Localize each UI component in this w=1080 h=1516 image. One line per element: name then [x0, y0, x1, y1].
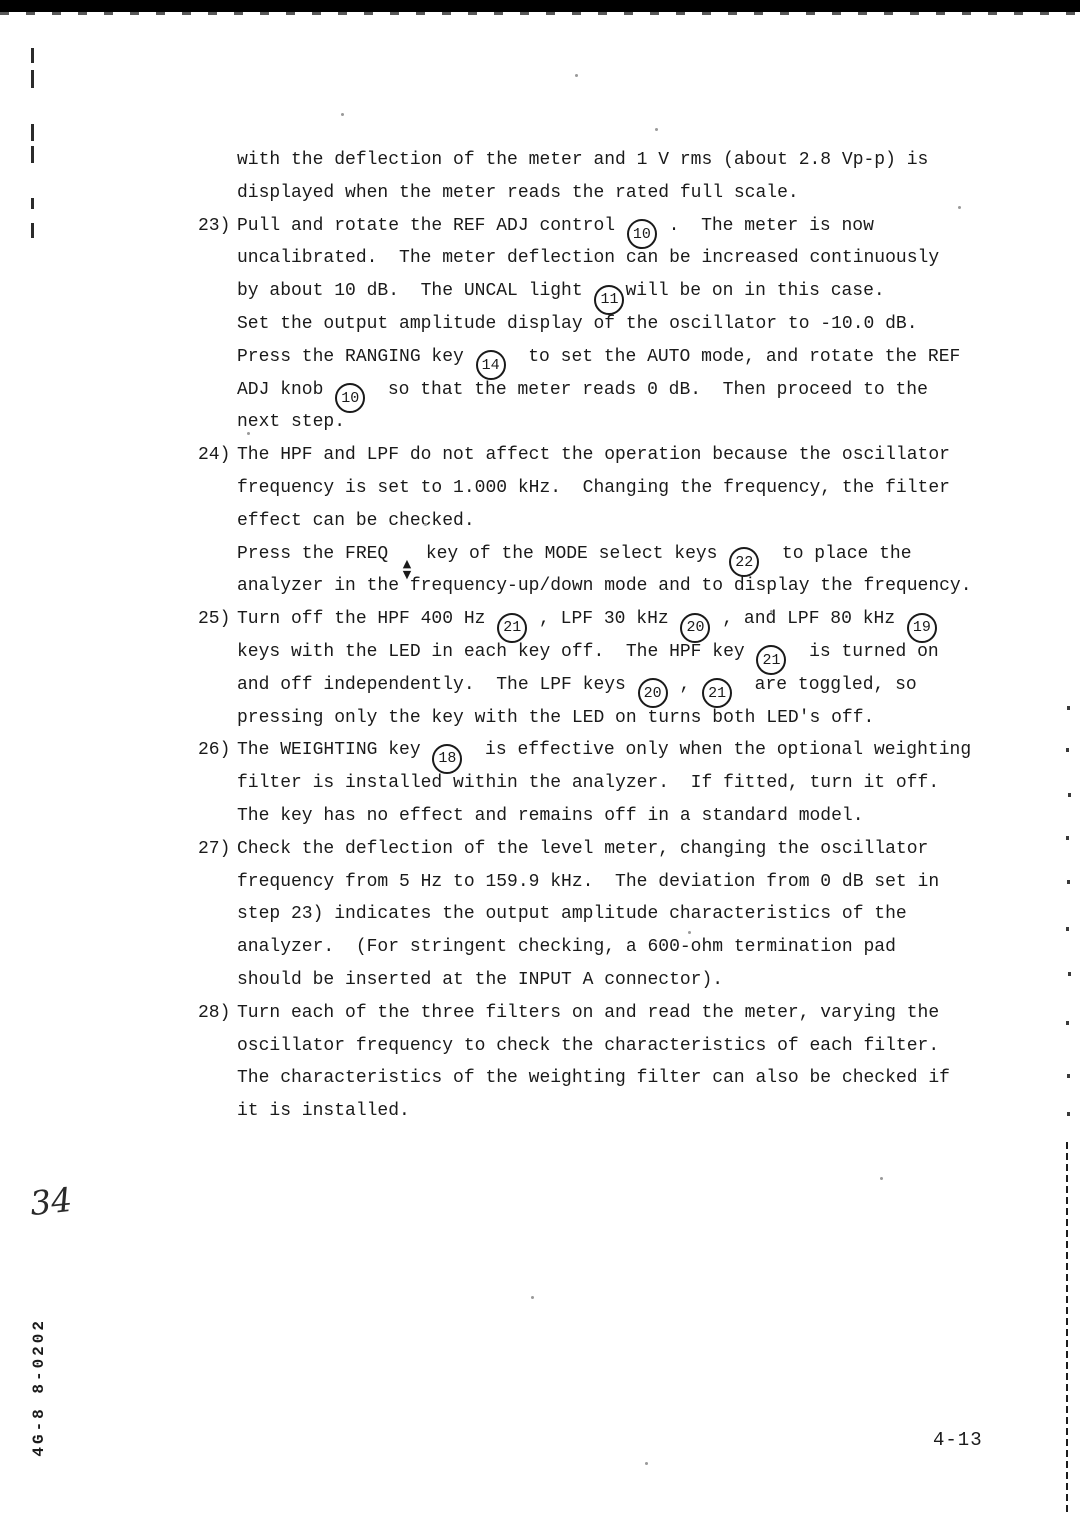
- text-line: analyzer in the frequency-up/down mode a…: [198, 570, 1008, 603]
- step-number: 23): [198, 210, 230, 243]
- text-line: it is installed.: [198, 1095, 1008, 1128]
- scan-top-bar-fray: [0, 12, 1080, 15]
- scan-speck: [424, 523, 427, 526]
- right-edge-mark: [1067, 1074, 1070, 1078]
- left-edge-mark: [31, 198, 34, 209]
- scan-speck: [688, 931, 691, 934]
- right-edge-mark: [1068, 793, 1071, 797]
- scan-speck: [645, 1462, 648, 1465]
- spine-code: 4G-8 8-0202: [30, 1318, 48, 1457]
- text-line: pressing only the key with the LED on tu…: [198, 702, 1008, 735]
- right-edge-mark: [1066, 927, 1069, 931]
- left-edge-mark: [31, 70, 34, 88]
- right-edge-mark: [1066, 748, 1069, 752]
- text-line: 28)Turn each of the three filters on and…: [198, 997, 1008, 1030]
- right-edge-mark: [1066, 1021, 1069, 1025]
- text-line: displayed when the meter reads the rated…: [198, 177, 1008, 210]
- right-edge-mark: [1068, 972, 1071, 976]
- text-line: 23)Pull and rotate the REF ADJ control 1…: [198, 210, 1008, 243]
- scan-speck: [247, 432, 250, 435]
- step-number: 24): [198, 439, 230, 472]
- text-line: step 23) indicates the output amplitude …: [198, 898, 1008, 931]
- scanned-document-page: { "page": { "handwritten_number": "34", …: [0, 0, 1080, 1516]
- text-line: The characteristics of the weighting fil…: [198, 1062, 1008, 1095]
- step-number: 28): [198, 997, 230, 1030]
- scan-top-bar: [0, 0, 1080, 12]
- handwritten-sheet-number: 34: [28, 1180, 74, 1223]
- text-line: ADJ knob 10 so that the meter reads 0 dB…: [198, 374, 1008, 407]
- step-number: 26): [198, 734, 230, 767]
- text-line: 27)Check the deflection of the level met…: [198, 833, 1008, 866]
- text-line: next step.: [198, 406, 1008, 439]
- right-edge-bleed-line: [1066, 1142, 1068, 1516]
- text-line: frequency is set to 1.000 kHz. Changing …: [198, 472, 1008, 505]
- left-edge-mark: [31, 223, 34, 238]
- text-line: analyzer. (For stringent checking, a 600…: [198, 931, 1008, 964]
- scan-speck: [655, 128, 658, 131]
- text-line: frequency from 5 Hz to 159.9 kHz. The de…: [198, 866, 1008, 899]
- text-line: keys with the LED in each key off. The H…: [198, 636, 1008, 669]
- text-line: filter is installed within the analyzer.…: [198, 767, 1008, 800]
- text-line: should be inserted at the INPUT A connec…: [198, 964, 1008, 997]
- text-line: 26)The WEIGHTING key 18 is effective onl…: [198, 734, 1008, 767]
- page-number: 4-13: [933, 1429, 983, 1451]
- text-line: Press the FREQ ▲▼ key of the MODE select…: [198, 538, 1008, 571]
- right-edge-mark: [1067, 880, 1070, 884]
- step-number: 27): [198, 833, 230, 866]
- left-edge-mark: [31, 48, 34, 63]
- left-edge-mark: [31, 146, 34, 163]
- text-line: effect can be checked.: [198, 505, 1008, 538]
- text-line: Press the RANGING key 14 to set the AUTO…: [198, 341, 1008, 374]
- text-line: The key has no effect and remains off in…: [198, 800, 1008, 833]
- scan-speck: [341, 113, 344, 116]
- text-line: 25)Turn off the HPF 400 Hz 21 , LPF 30 k…: [198, 603, 1008, 636]
- scan-speck: [575, 74, 578, 77]
- scan-speck: [958, 206, 961, 209]
- text-line: uncalibrated. The meter deflection can b…: [198, 242, 1008, 275]
- text-line: oscillator frequency to check the charac…: [198, 1030, 1008, 1063]
- right-edge-mark: [1067, 706, 1070, 710]
- scan-speck: [770, 610, 773, 613]
- text-line: by about 10 dB. The UNCAL light 11will b…: [198, 275, 1008, 308]
- scan-speck: [880, 1177, 883, 1180]
- procedure-text: with the deflection of the meter and 1 V…: [198, 144, 1008, 1128]
- right-edge-mark: [1067, 1112, 1070, 1116]
- left-edge-mark: [31, 124, 34, 141]
- text-line: with the deflection of the meter and 1 V…: [198, 144, 1008, 177]
- text-line: 24)The HPF and LPF do not affect the ope…: [198, 439, 1008, 472]
- step-number: 25): [198, 603, 230, 636]
- text-line: Set the output amplitude display of the …: [198, 308, 1008, 341]
- text-line: and off independently. The LPF keys 20 ,…: [198, 669, 1008, 702]
- scan-speck: [531, 1296, 534, 1299]
- right-edge-mark: [1066, 836, 1069, 840]
